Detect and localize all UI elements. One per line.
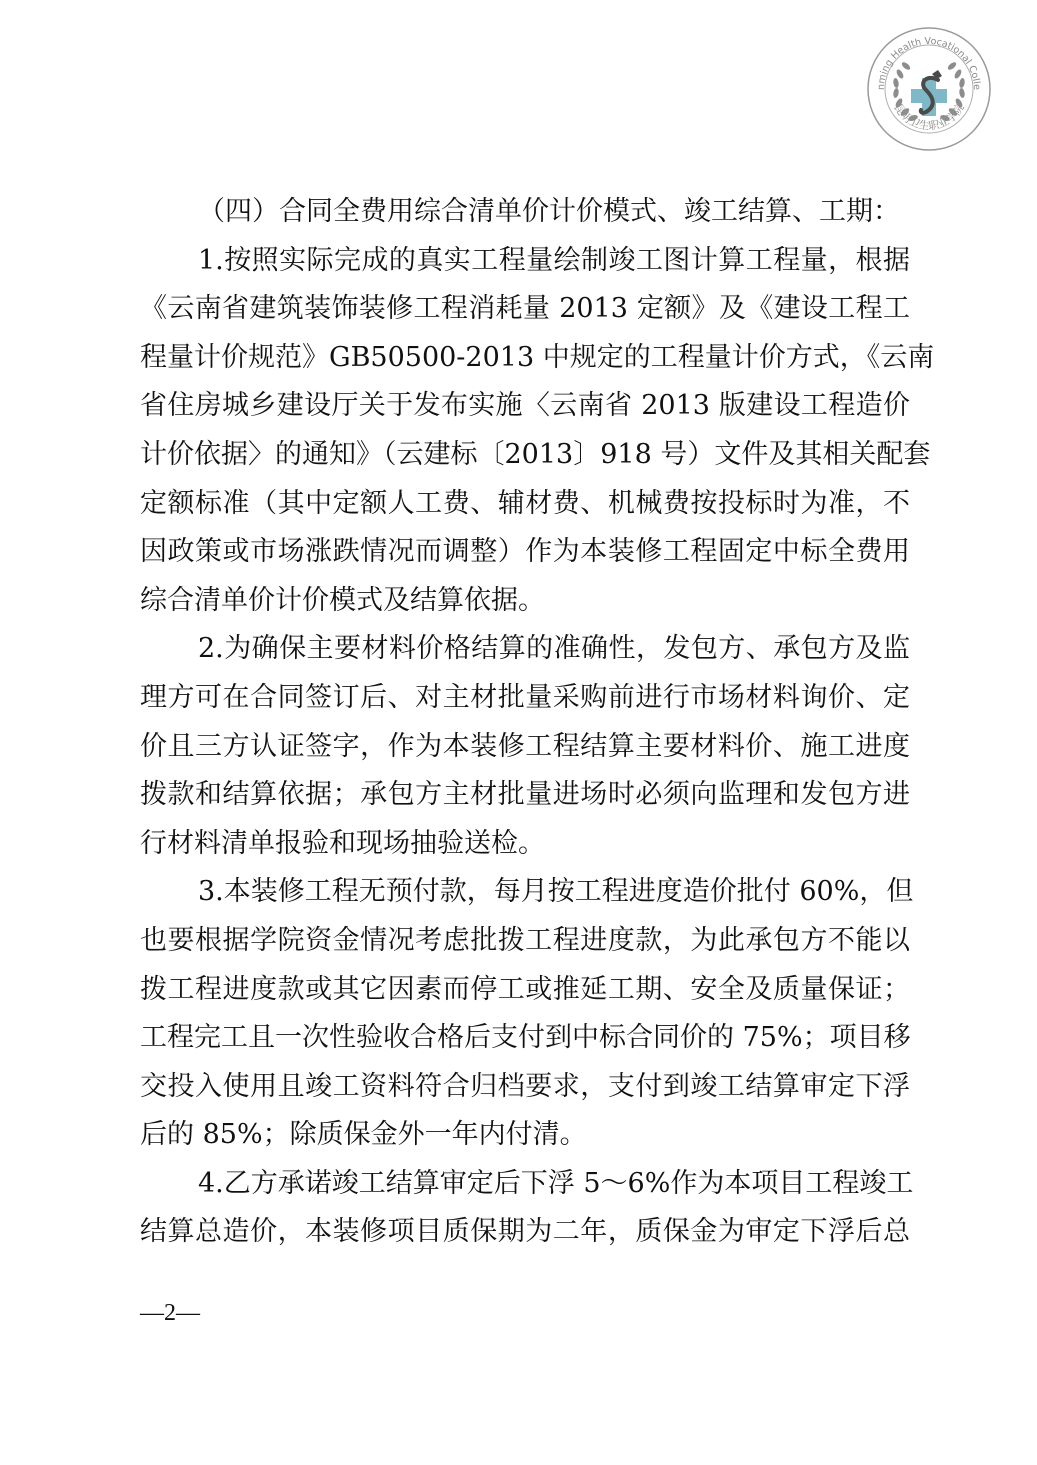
college-seal-icon: Kunming Health Vocational College 昆明卫生职业… xyxy=(866,26,992,152)
paragraph-line: 理方可在合同签订后、对主材批量采购前进行市场材料询价、定 xyxy=(140,674,910,723)
paragraph-line: 价且三方认证签字，作为本装修工程结算主要材料价、施工进度 xyxy=(140,723,910,772)
document-body: （四）合同全费用综合清单价计价模式、竣工结算、工期： 1.按照实际完成的真实工程… xyxy=(140,188,910,1257)
paragraph-line: 计价依据〉的通知》（云建标〔2013〕918 号）文件及其相关配套 xyxy=(140,431,910,480)
paragraph-line: 4.乙方承诺竣工结算审定后下浮 5～6%作为本项目工程竣工 xyxy=(140,1160,910,1209)
paragraph-line: 省住房城乡建设厅关于发布实施〈云南省 2013 版建设工程造价 xyxy=(140,382,910,431)
paragraph-4: 4.乙方承诺竣工结算审定后下浮 5～6%作为本项目工程竣工 结算总造价，本装修项… xyxy=(140,1160,910,1257)
paragraph-line: 拨工程进度款或其它因素而停工或推延工期、安全及质量保证； xyxy=(140,966,910,1015)
paragraph-line: 工程完工且一次性验收合格后支付到中标合同价的 75%；项目移 xyxy=(140,1014,910,1063)
paragraph-line: 2.为确保主要材料价格结算的准确性，发包方、承包方及监 xyxy=(140,625,910,674)
paragraph-3: 3.本装修工程无预付款，每月按工程进度造价批付 60%，但 也要根据学院资金情况… xyxy=(140,868,910,1160)
paragraph-line: 3.本装修工程无预付款，每月按工程进度造价批付 60%，但 xyxy=(140,868,910,917)
paragraph-line: 交投入使用且竣工资料符合归档要求，支付到竣工结算审定下浮 xyxy=(140,1063,910,1112)
paragraph-line: 也要根据学院资金情况考虑批拨工程进度款，为此承包方不能以 xyxy=(140,917,910,966)
paragraph-line: 因政策或市场涨跌情况而调整）作为本装修工程固定中标全费用 xyxy=(140,528,910,577)
paragraph-line: 行材料清单报验和现场抽验送检。 xyxy=(140,820,910,869)
paragraph-2: 2.为确保主要材料价格结算的准确性，发包方、承包方及监 理方可在合同签订后、对主… xyxy=(140,625,910,868)
paragraph-line: 结算总造价，本装修项目质保期为二年，质保金为审定下浮后总 xyxy=(140,1208,910,1257)
paragraph-1: 1.按照实际完成的真实工程量绘制竣工图计算工程量，根据 《云南省建筑装饰装修工程… xyxy=(140,237,910,626)
section-heading: （四）合同全费用综合清单价计价模式、竣工结算、工期： xyxy=(140,188,910,237)
paragraph-line: 程量计价规范》GB50500-2013 中规定的工程量计价方式，《云南 xyxy=(140,334,910,383)
page-number: —2— xyxy=(140,1300,200,1327)
paragraph-line: 定额标准（其中定额人工费、辅材费、机械费按投标时为准，不 xyxy=(140,480,910,529)
paragraph-line: 1.按照实际完成的真实工程量绘制竣工图计算工程量，根据 xyxy=(140,237,910,286)
paragraph-line: 拨款和结算依据；承包方主材批量进场时必须向监理和发包方进 xyxy=(140,771,910,820)
paragraph-line: 后的 85%；除质保金外一年内付清。 xyxy=(140,1111,910,1160)
paragraph-line: 《云南省建筑装饰装修工程消耗量 2013 定额》及《建设工程工 xyxy=(140,285,910,334)
paragraph-line: 综合清单价计价模式及结算依据。 xyxy=(140,577,910,626)
college-logo: Kunming Health Vocational College 昆明卫生职业… xyxy=(866,26,992,152)
document-page: Kunming Health Vocational College 昆明卫生职业… xyxy=(0,0,1037,1465)
